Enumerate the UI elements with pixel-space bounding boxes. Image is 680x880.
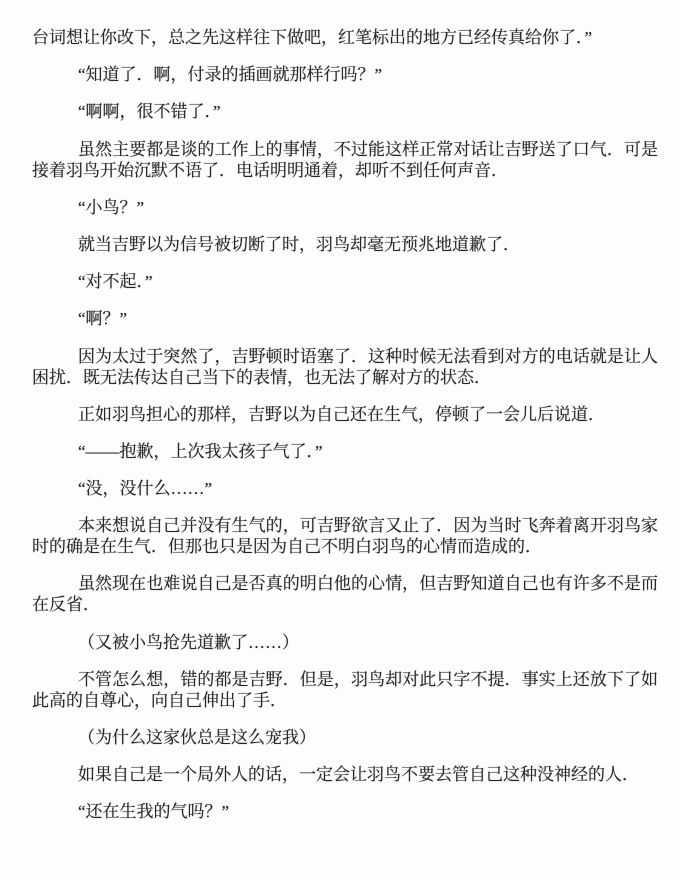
- paragraph-dialogue: “对不起．”: [32, 271, 658, 292]
- paragraph-inner-thought: （为什么这家伙总是这么宠我）: [32, 727, 658, 748]
- paragraph: 虽然主要都是谈的工作上的事情，不过能这样正常对话让吉野送了口气．可是接着羽鸟开始…: [32, 139, 658, 181]
- paragraph: 台词想让你改下，总之先这样往下做吧，红笔标出的地方已经传真给你了．”: [32, 27, 658, 48]
- paragraph: 如果自己是一个局外人的话，一定会让羽鸟不要去管自己这种没神经的人．: [32, 764, 658, 785]
- paragraph-dialogue: “啊？”: [32, 308, 658, 329]
- paragraph: 不管怎么想，错的都是吉野．但是，羽鸟却对此只字不提．事实上还放下了如此高的自尊心…: [32, 669, 658, 711]
- paragraph-dialogue: “啊啊，很不错了．”: [32, 101, 658, 122]
- paragraph: 就当吉野以为信号被切断了时，羽鸟却毫无预兆地道歉了．: [32, 234, 658, 255]
- paragraph-dialogue: “没，没什么……”: [32, 478, 658, 499]
- paragraph-dialogue: “知道了．啊，付录的插画就那样行吗？”: [32, 64, 658, 85]
- paragraph-dialogue: “——抱歉，上次我太孩子气了．”: [32, 441, 658, 462]
- paragraph: 本来想说自己并没有生气的，可吉野欲言又止了．因为当时飞奔着离开羽鸟家时的确是在生…: [32, 515, 658, 557]
- paragraph-dialogue: “小鸟？”: [32, 197, 658, 218]
- paragraph: 正如羽鸟担心的那样，吉野以为自己还在生气，停顿了一会儿后说道．: [32, 404, 658, 425]
- document-page: 台词想让你改下，总之先这样往下做吧，红笔标出的地方已经传真给你了．” “知道了．…: [0, 0, 680, 880]
- paragraph-inner-thought: （又被小鸟抢先道歉了……）: [32, 632, 658, 653]
- paragraph: 因为太过于突然了，吉野顿时语塞了．这种时候无法看到对方的电话就是让人困扰．既无法…: [32, 346, 658, 388]
- paragraph: 虽然现在也难说自己是否真的明白他的心情，但吉野知道自己也有许多不是而在反省．: [32, 573, 658, 615]
- paragraph-dialogue: “还在生我的气吗？”: [32, 801, 658, 822]
